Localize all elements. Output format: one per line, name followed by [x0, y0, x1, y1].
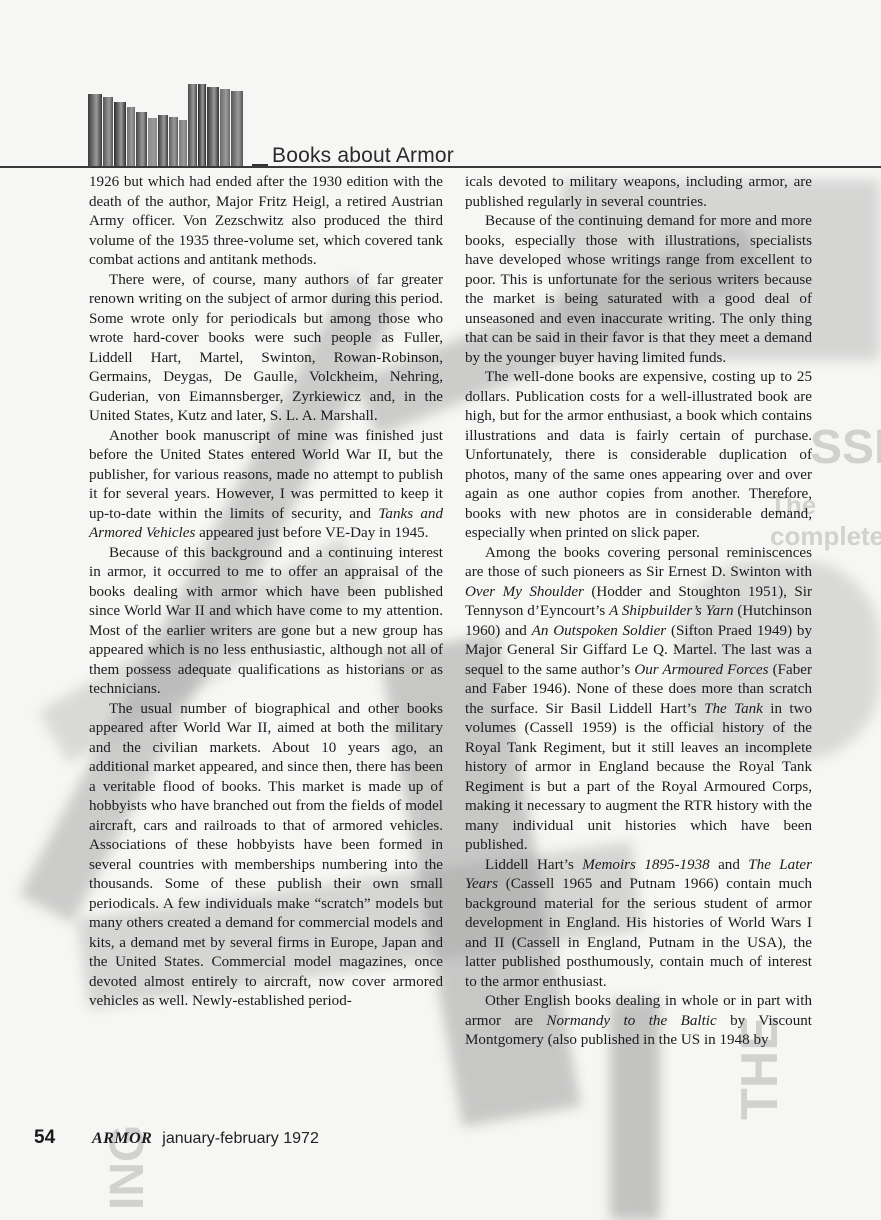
text-column-left: 1926 but which had ended after the 1930 … [89, 173, 443, 1012]
book-spine [231, 91, 243, 166]
page-footer: 54 ARMOR january-february 1972 [34, 1127, 319, 1149]
paragraph: There were, of course, many authors of f… [89, 271, 443, 427]
book-spine [169, 117, 178, 166]
page-number: 54 [34, 1127, 92, 1149]
paragraph: icals devoted to military weapons, inclu… [465, 173, 812, 212]
page-header: Books about Armor [0, 0, 881, 168]
book-spine [136, 112, 147, 166]
book-spine [207, 87, 219, 166]
book-spine [220, 89, 230, 166]
book-spine [114, 102, 126, 166]
bookshelf-image [88, 84, 250, 166]
paragraph: Because of this background and a continu… [89, 544, 443, 700]
paragraph: Among the books covering personal remini… [465, 544, 812, 856]
text-column-right: icals devoted to military weapons, inclu… [465, 173, 812, 1051]
paragraph: Another book manuscript of mine was fini… [89, 427, 443, 544]
paragraph: Because of the continuing demand for mor… [465, 212, 812, 368]
book-spine [103, 97, 113, 166]
book-spine [188, 84, 197, 166]
paragraph: Liddell Hart’s Memoirs 1895-1938 and The… [465, 856, 812, 993]
book-spine [88, 94, 102, 166]
paragraph: The well-done books are expensive, costi… [465, 368, 812, 544]
article-title: Books about Armor [272, 144, 454, 168]
book-spine [127, 107, 135, 166]
paragraph: The usual number of biographical and oth… [89, 700, 443, 1012]
magazine-name: ARMOR [92, 1130, 152, 1148]
header-divider [0, 166, 881, 168]
issue-date: january-february 1972 [162, 1130, 319, 1148]
paragraph: Other English books dealing in whole or … [465, 992, 812, 1051]
book-spine [179, 120, 187, 166]
book-spine [158, 115, 168, 166]
book-spine [148, 118, 157, 166]
paragraph: 1926 but which had ended after the 1930 … [89, 173, 443, 271]
book-spine [198, 84, 206, 166]
background-ghost-text: SSI [810, 420, 881, 475]
